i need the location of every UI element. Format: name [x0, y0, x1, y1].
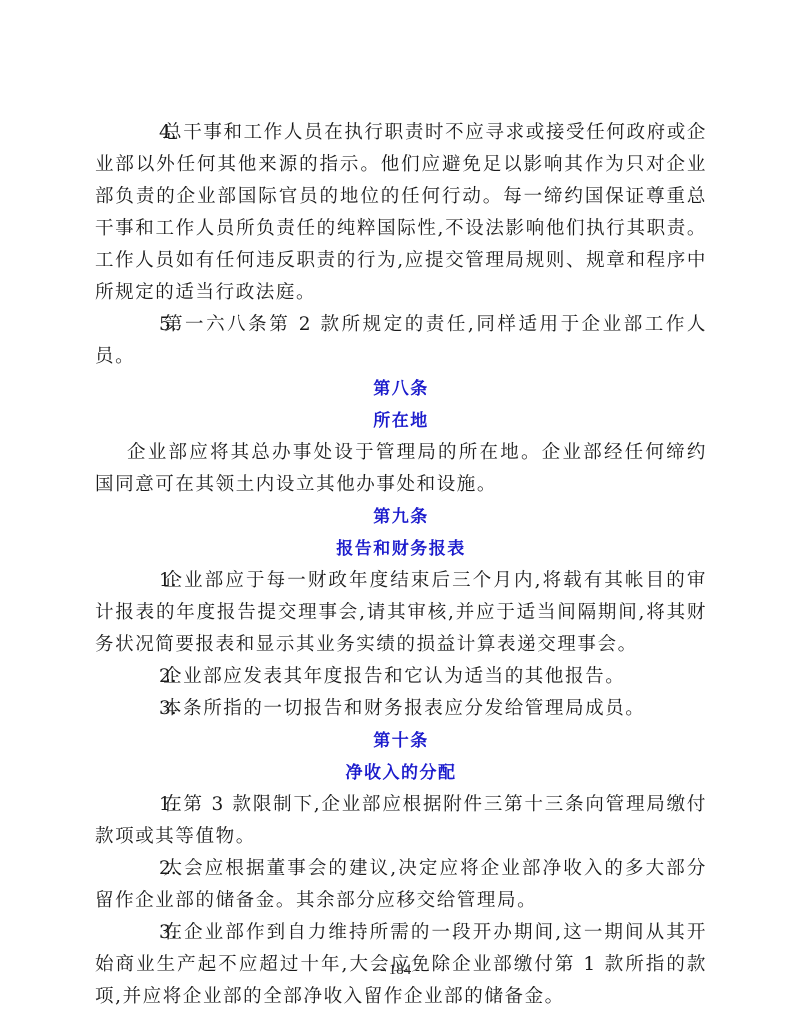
paragraph-text: 企业部应于每一财政年度结束后三个月内,将载有其帐目的审计报表的年度报告提交理事会…	[95, 570, 707, 655]
paragraph-article7-5: 5.第一六八条第 2 款所规定的责任,同样适用于企业部工作人员。	[95, 309, 707, 373]
paragraph-text: 大会应根据董事会的建议,决定应将企业部净收入的多大部分留作企业部的储备金。其余部…	[95, 858, 707, 911]
page-number: - 184 -	[0, 962, 800, 979]
paragraph-text: 第一六八条第 2 款所规定的责任,同样适用于企业部工作人员。	[95, 314, 707, 367]
paragraph-article9-1: 1.企业部应于每一财政年度结束后三个月内,将载有其帐目的审计报表的年度报告提交理…	[95, 565, 707, 661]
paragraph-text: 本条所指的一切报告和财务报表应分发给管理局成员。	[163, 698, 645, 719]
article-9-number: 第九条	[95, 501, 707, 533]
paragraph-article10-2: 2.大会应根据董事会的建议,决定应将企业部净收入的多大部分留作企业部的储备金。其…	[95, 853, 707, 917]
article-9-title: 报告和财务报表	[95, 533, 707, 565]
paragraph-article7-4: 4.总干事和工作人员在执行职责时不应寻求或接受任何政府或企业部以外任何其他来源的…	[95, 117, 707, 309]
paragraph-number: 2.	[127, 853, 163, 885]
paragraph-number: 2.	[127, 661, 163, 693]
paragraph-text: 企业部应将其总办事处设于管理局的所在地。企业部经任何缔约国同意可在其领土内设立其…	[95, 442, 707, 495]
paragraph-article9-2: 2.企业部应发表其年度报告和它认为适当的其他报告。	[95, 661, 707, 693]
article-8-number: 第八条	[95, 373, 707, 405]
paragraph-article10-1: 1.在第 3 款限制下,企业部应根据附件三第十三条向管理局缴付款项或其等值物。	[95, 789, 707, 853]
paragraph-article9-3: 3.本条所指的一切报告和财务报表应分发给管理局成员。	[95, 693, 707, 725]
paragraph-number: 5.	[127, 309, 163, 341]
paragraph-text: 企业部应发表其年度报告和它认为适当的其他报告。	[163, 666, 625, 687]
paragraph-number: 3.	[127, 693, 163, 725]
paragraph-number: 4.	[127, 117, 163, 149]
paragraph-text: 在第 3 款限制下,企业部应根据附件三第十三条向管理局缴付款项或其等值物。	[95, 794, 707, 847]
paragraph-article8: 企业部应将其总办事处设于管理局的所在地。企业部经任何缔约国同意可在其领土内设立其…	[95, 437, 707, 501]
document-body: 4.总干事和工作人员在执行职责时不应寻求或接受任何政府或企业部以外任何其他来源的…	[95, 117, 707, 1013]
article-10-title: 净收入的分配	[95, 757, 707, 789]
article-8-title: 所在地	[95, 405, 707, 437]
article-10-number: 第十条	[95, 725, 707, 757]
paragraph-number: 3.	[127, 917, 163, 949]
paragraph-number: 1.	[127, 565, 163, 597]
paragraph-text: 总干事和工作人员在执行职责时不应寻求或接受任何政府或企业部以外任何其他来源的指示…	[95, 122, 707, 303]
paragraph-number: 1.	[127, 789, 163, 821]
